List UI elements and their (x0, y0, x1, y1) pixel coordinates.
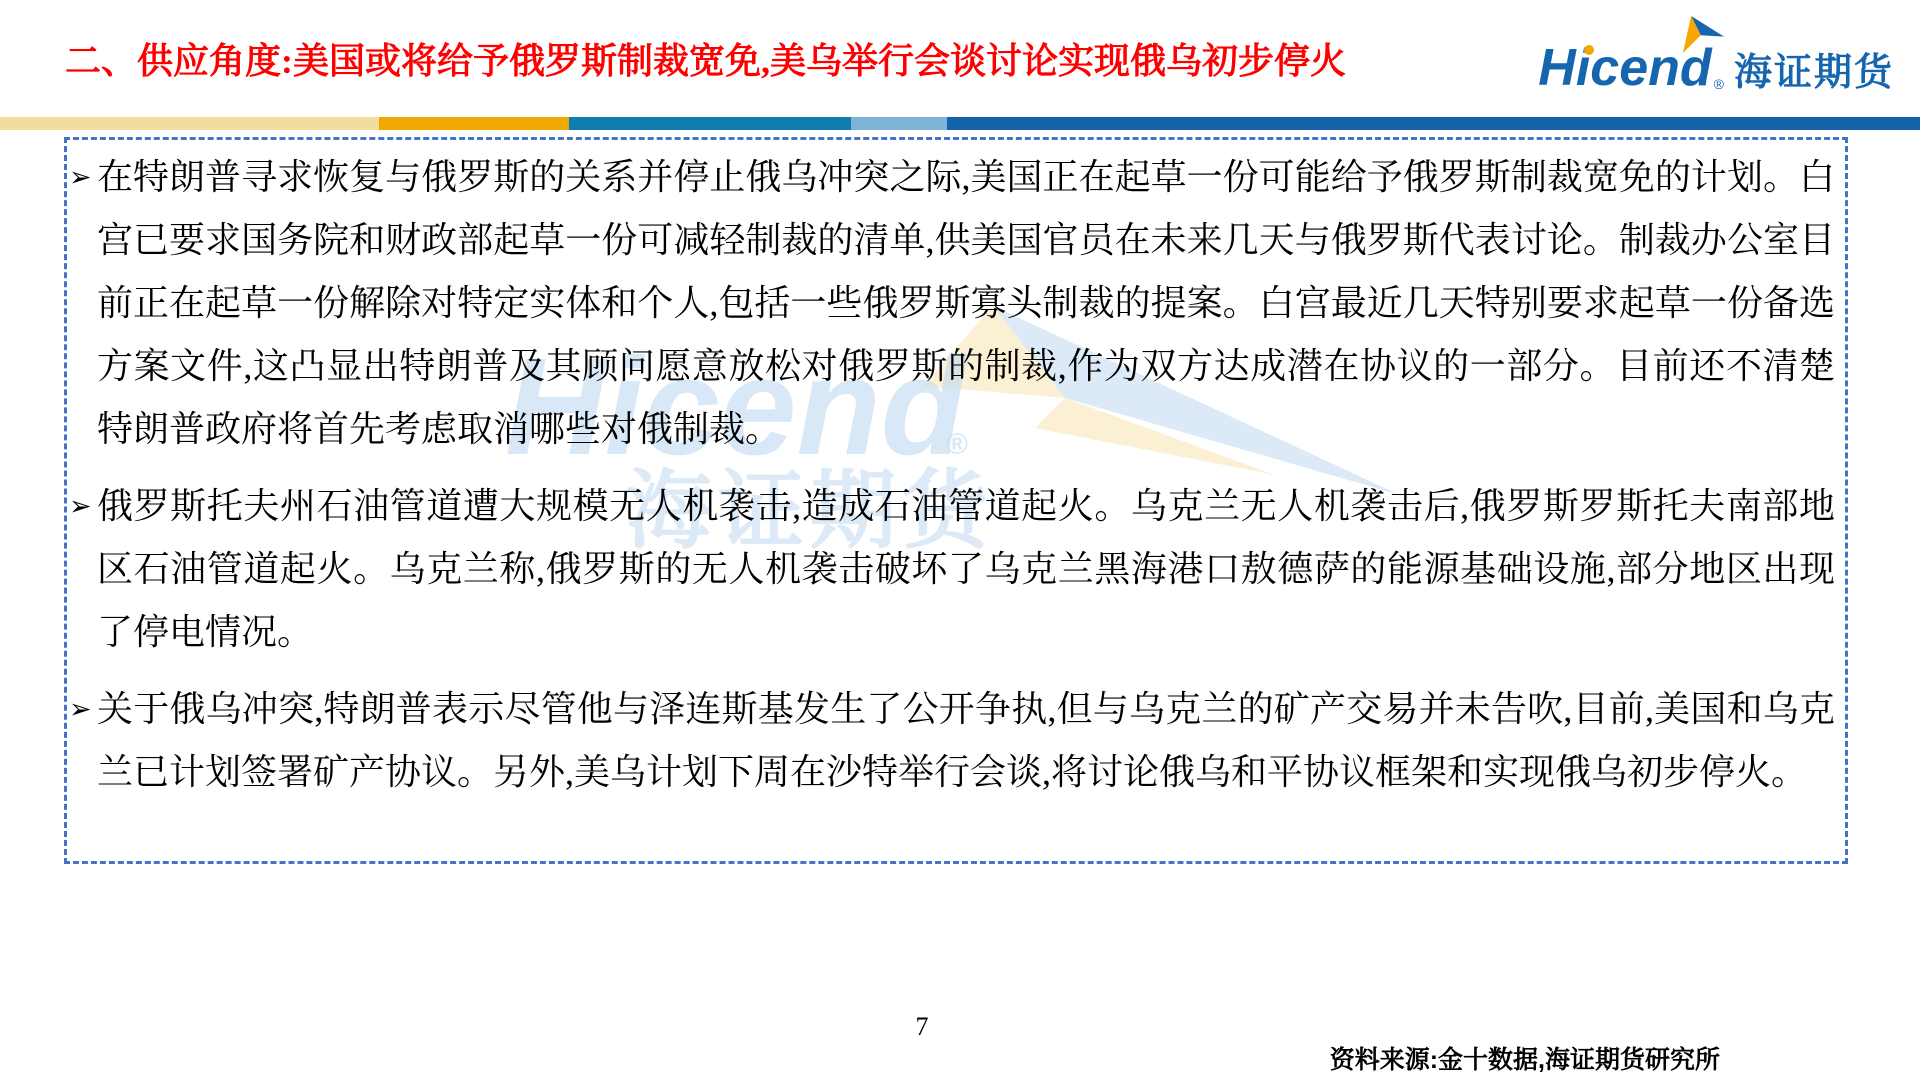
logo-cn-text: 海证期货 (1734, 54, 1894, 94)
bullet-item-1: ➢ 在特朗普寻求恢复与俄罗斯的关系并停止俄乌冲突之际,美国正在起草一份可能给予俄… (69, 146, 1835, 461)
bullet-arrow-icon: ➢ (69, 678, 92, 741)
divider-bar-segment-gold (379, 117, 569, 130)
divider-bar (0, 117, 1920, 130)
bullet-item-2: ➢ 俄罗斯托夫州石油管道遭大规模无人机袭击,造成石油管道起火。乌克兰无人机袭击后… (69, 475, 1835, 664)
slide: 二、供应角度:美国或将给予俄罗斯制裁宽免,美乌举行会谈讨论实现俄乌初步停火 Hi… (0, 0, 1920, 1080)
bullet-arrow-icon: ➢ (69, 475, 92, 538)
bullet-arrow-icon: ➢ (69, 146, 92, 209)
divider-bar-segment-dark-blue (947, 117, 1920, 130)
registered-mark: ® (1714, 76, 1724, 92)
page-title: 二、供应角度:美国或将给予俄罗斯制裁宽免,美乌举行会谈讨论实现俄乌初步停火 (65, 38, 1346, 85)
bullet-item-3: ➢ 关于俄乌冲突,特朗普表示尽管他与泽连斯基发生了公开争执,但与乌克兰的矿产交易… (69, 678, 1835, 804)
source-note: 资料来源:金十数据,海证期货研究所 (1330, 1040, 1720, 1076)
bullet-text-3: 关于俄乌冲突,特朗普表示尽管他与泽连斯基发生了公开争执,但与乌克兰的矿产交易并未… (97, 689, 1835, 792)
bullet-text-2: 俄罗斯托夫州石油管道遭大规模无人机袭击,造成石油管道起火。乌克兰无人机袭击后,俄… (97, 486, 1835, 652)
brand-logo: Hicend ® 海证期货 (1538, 30, 1894, 94)
bullet-text-1: 在特朗普寻求恢复与俄罗斯的关系并停止俄乌冲突之际,美国正在起草一份可能给予俄罗斯… (97, 157, 1835, 449)
content-box: ➢ 在特朗普寻求恢复与俄罗斯的关系并停止俄乌冲突之际,美国正在起草一份可能给予俄… (64, 137, 1848, 864)
divider-bar-segment-pale-yellow (0, 117, 379, 130)
page-number: 7 (902, 1012, 942, 1042)
divider-bar-segment-teal-blue (569, 117, 851, 130)
divider-bar-segment-light-blue (851, 117, 947, 130)
logo-brand-text: Hicend (1538, 42, 1711, 94)
